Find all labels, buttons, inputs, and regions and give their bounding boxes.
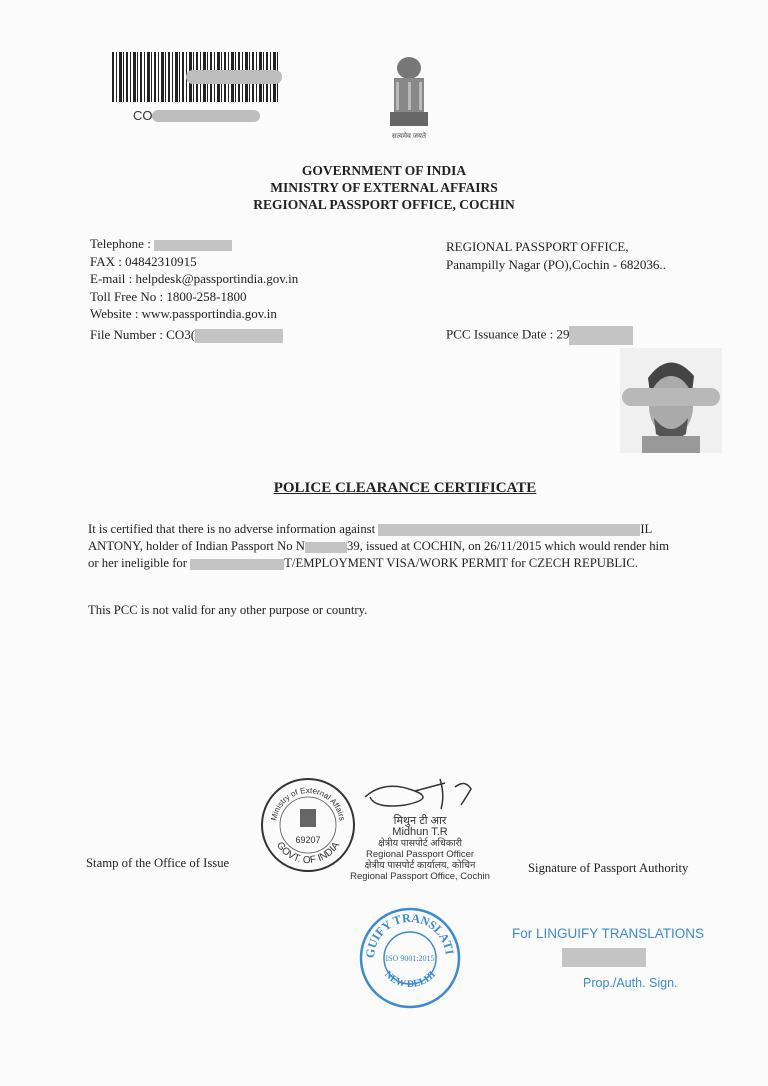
website: Website : www.passportindia.gov.in	[90, 305, 298, 323]
svg-text:सत्यमेव जयते: सत्यमेव जयते	[392, 131, 427, 140]
certificate-title: POLICE CLEARANCE CERTIFICATE	[0, 480, 768, 497]
body-text: It is certified that there is no adverse…	[88, 522, 378, 536]
toll-free: Toll Free No : 1800-258-1800	[90, 288, 298, 306]
redaction	[569, 326, 633, 345]
fax: FAX : 04842310915	[90, 253, 298, 271]
document-header: GOVERNMENT OF INDIA MINISTRY OF EXTERNAL…	[0, 162, 768, 213]
signer-title: Regional Passport Officer	[345, 849, 495, 860]
svg-text:NEW DELHI: NEW DELHI	[382, 969, 438, 990]
svg-text:ISO 9001:2015: ISO 9001:2015	[385, 954, 434, 963]
signer-office: Regional Passport Office, Cochin	[345, 871, 495, 882]
body-text: or her ineligible for	[88, 556, 190, 570]
header-line: GOVERNMENT OF INDIA	[0, 162, 768, 179]
body-text: 39, issued at COCHIN, on 26/11/2015 whic…	[347, 539, 669, 553]
telephone-label: Telephone :	[90, 236, 154, 251]
officer-signature: मिथुन टी आर Midhun T.R क्षेत्रीय पासपोर्…	[345, 775, 495, 880]
redaction	[195, 329, 283, 343]
body-text: ANTONY, holder of Indian Passport No N	[88, 539, 305, 553]
signer-title-hindi: क्षेत्रीय पासपोर्ट अधिकारी	[345, 838, 495, 849]
header-line: MINISTRY OF EXTERNAL AFFAIRS	[0, 179, 768, 196]
redaction	[154, 240, 232, 251]
office-address: REGIONAL PASSPORT OFFICE, Panampilly Nag…	[446, 238, 666, 273]
applicant-photo	[620, 348, 722, 453]
file-number: File Number : CO3(	[90, 327, 195, 342]
redaction	[152, 110, 260, 122]
svg-text:69207: 69207	[295, 835, 320, 845]
redaction	[186, 70, 282, 84]
redaction	[305, 542, 347, 553]
stamp-label: Stamp of the Office of Issue	[86, 856, 229, 871]
validity-note: This PCC is not valid for any other purp…	[88, 603, 367, 618]
issuance-date-label: PCC Issuance Date : 29	[446, 326, 569, 341]
translator-sign-label: Prop./Auth. Sign.	[583, 976, 678, 990]
signer-name: Midhun T.R	[345, 827, 495, 838]
barcode-number: CO	[133, 108, 153, 123]
handwritten-signature-icon	[345, 775, 495, 813]
translation-seal: LINGUIFY TRANSLATIONS NEW DELHI ISO 9001…	[358, 906, 462, 1010]
office-seal: Ministry of External Affairs GOVT. OF IN…	[258, 775, 358, 875]
translator-label: For LINGUIFY TRANSLATIONS	[512, 926, 704, 941]
address-line: REGIONAL PASSPORT OFFICE,	[446, 238, 666, 256]
signer-office-hindi: क्षेत्रीय पासपोर्ट कार्यालय, कोचिन	[345, 860, 495, 871]
redaction	[378, 524, 640, 536]
redaction	[190, 559, 284, 570]
issuance-date: PCC Issuance Date : 29	[446, 326, 633, 345]
contact-info: Telephone : FAX : 04842310915 E-mail : h…	[90, 235, 298, 343]
header-line: REGIONAL PASSPORT OFFICE, COCHIN	[0, 196, 768, 213]
email: E-mail : helpdesk@passportindia.gov.in	[90, 270, 298, 288]
certificate-body: It is certified that there is no adverse…	[88, 521, 728, 572]
national-emblem-icon: सत्यमेव जयते	[378, 52, 440, 142]
redaction	[562, 948, 646, 967]
signature-label: Signature of Passport Authority	[528, 861, 688, 876]
address-line: Panampilly Nagar (PO),Cochin - 682036..	[446, 256, 666, 274]
body-text: T/EMPLOYMENT VISA/WORK PERMIT for CZECH …	[284, 556, 638, 570]
body-text: IL	[640, 522, 652, 536]
